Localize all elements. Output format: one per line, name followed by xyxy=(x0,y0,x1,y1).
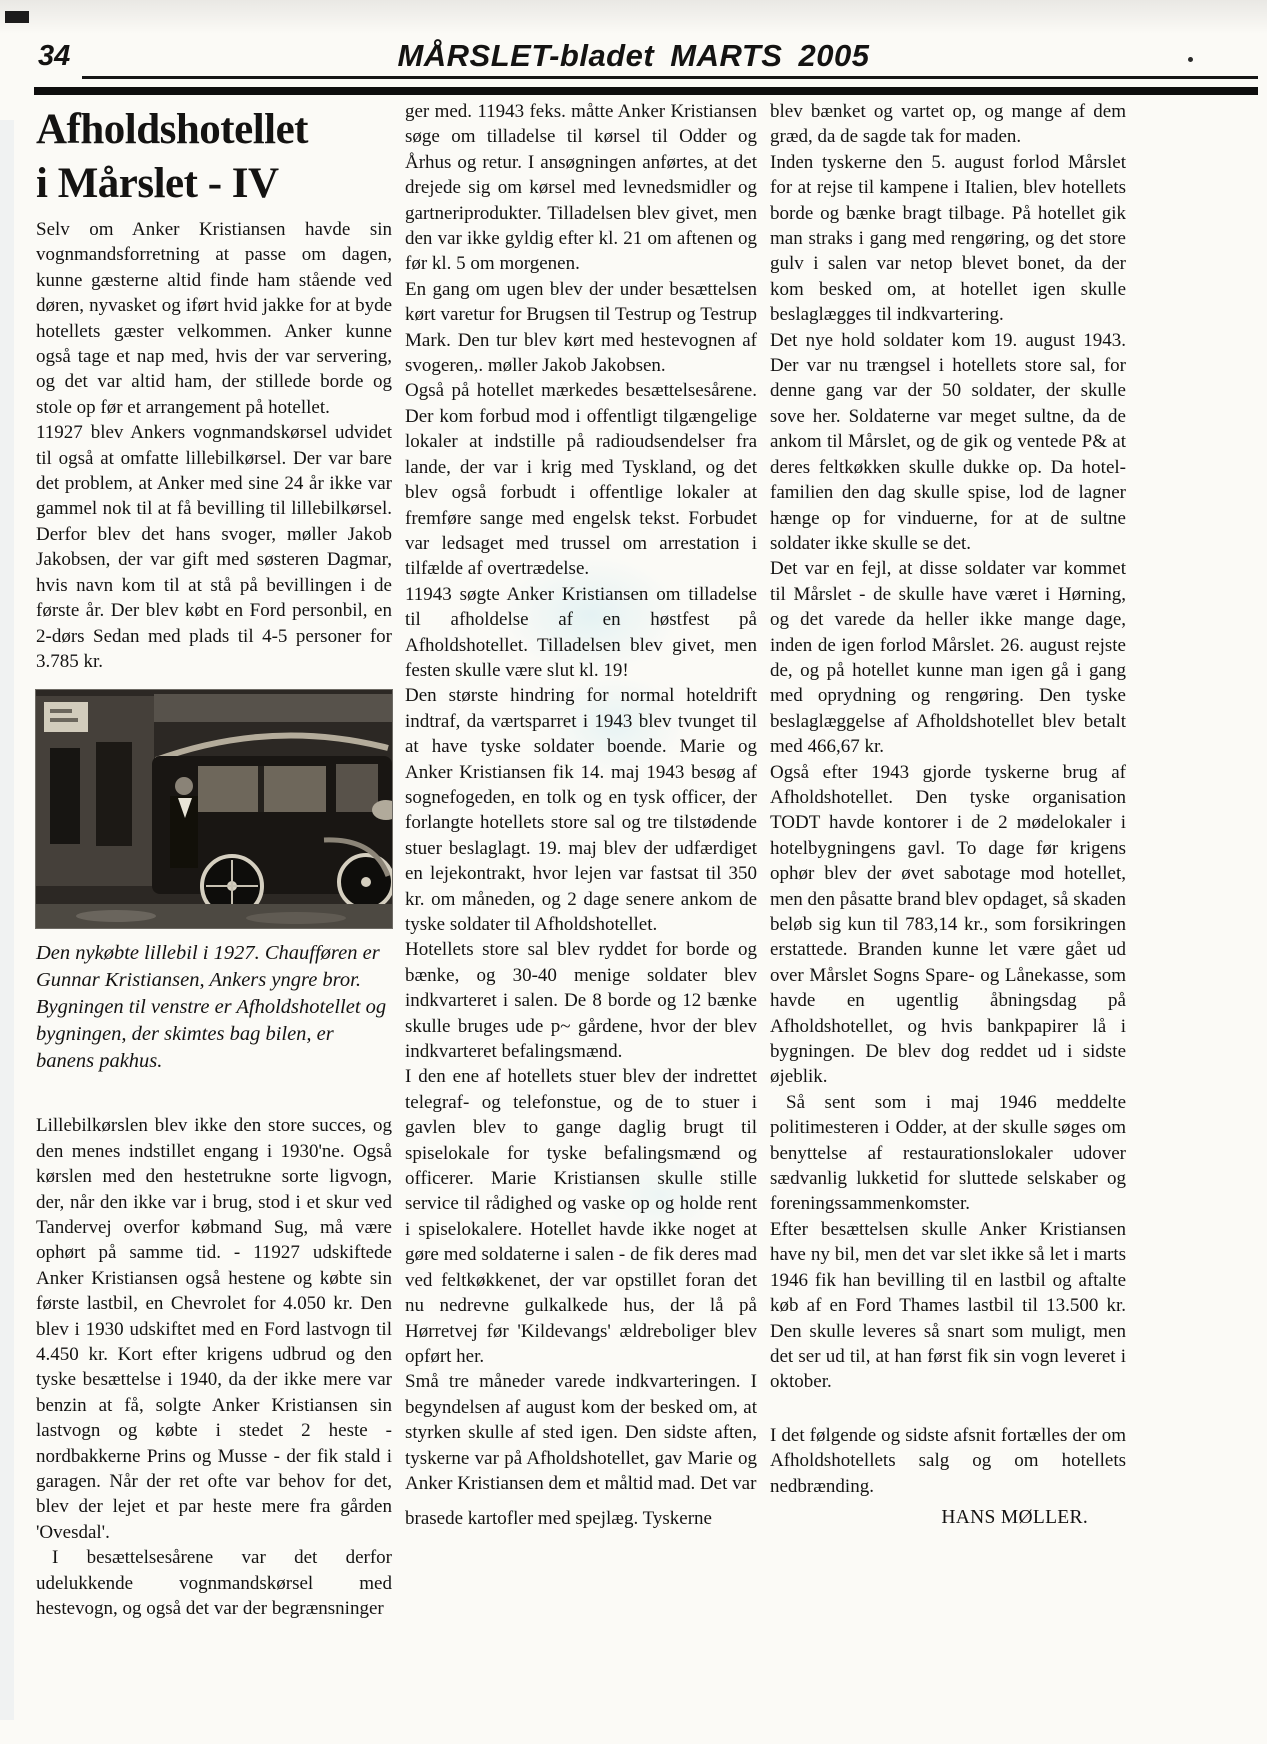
article-paragraph: Inden tyskerne den 5. august forlod Mårs… xyxy=(770,150,1126,328)
scan-artifact-top-band xyxy=(0,0,1267,34)
article-paragraph: blev bænket og vartet op, og mange af de… xyxy=(770,99,1126,150)
photo-wheel-hub xyxy=(361,877,371,887)
scanned-newsletter-page: 34 MÅRSLET-bladet MARTS 2005 Afholdshote… xyxy=(0,0,1267,1744)
column-1: Afholdshotellet i Mårslet - IV Selv om A… xyxy=(36,99,392,1621)
column-3: blev bænket og vartet op, og mange af de… xyxy=(770,99,1126,1530)
scan-artifact-left-strip xyxy=(0,120,14,1720)
article-paragraph: Hotellets store sal blev ryddet for bord… xyxy=(405,937,757,1064)
article-title-line2: i Mårslet - IV xyxy=(36,157,392,211)
newsletter-masthead: MÅRSLET-bladet MARTS 2005 xyxy=(0,38,1267,74)
column3-paragraphs: blev bænket og vartet op, og mange af de… xyxy=(770,99,1126,1499)
photo-sign-text-mark xyxy=(50,709,72,713)
article-paragraph: Den største hindring for normal hoteldri… xyxy=(405,683,757,937)
photo-driver-head xyxy=(175,777,193,795)
scan-artifact-corner-mark xyxy=(5,11,29,23)
photo-building-door xyxy=(96,742,132,846)
header-rule-thick xyxy=(34,87,1258,95)
article-paragraph: I den ene af hotellets stuer blev der in… xyxy=(405,1064,757,1369)
photo-caption: Den nykøbte lillebil i 1927. Chaufføren … xyxy=(36,940,392,1075)
article-paragraph: 11943 søgte Anker Kristiansen om tillade… xyxy=(405,582,757,684)
article-paragraph: Også efter 1943 gjorde tyskerne brug af … xyxy=(770,760,1126,1090)
article-paragraph: I besættelsesårene var det derfor udeluk… xyxy=(36,1545,392,1621)
column-2: ger med. 11943 feks. måtte Anker Kristia… xyxy=(405,99,757,1532)
photo-sky-band xyxy=(154,694,392,722)
article-paragraph: En gang om ugen blev der under besættels… xyxy=(405,277,757,379)
header-rule-thin xyxy=(82,76,1258,79)
photo-sign-shape xyxy=(44,702,88,732)
photo-lillebil-1927 xyxy=(36,690,392,928)
column1-bottom-paragraphs: Lillebilkørslen blev ikke den store succ… xyxy=(36,1113,392,1621)
article-paragraph: Også på hotellet mærkedes besættelsesåre… xyxy=(405,378,757,581)
article-paragraph: Så sent som i maj 1946 meddelte politime… xyxy=(770,1090,1126,1217)
photo-sign-text-mark xyxy=(50,718,78,722)
article-title-line1: Afholdshotellet xyxy=(36,103,392,157)
article-paragraph: I det følgende og sidste afsnit fortælle… xyxy=(770,1423,1126,1499)
article-title: Afholdshotellet i Mårslet - IV xyxy=(36,103,392,211)
article-paragraph: Selv om Anker Kristiansen havde sin vogn… xyxy=(36,217,392,420)
article-paragraph: Efter besættelsen skulle Anker Kristians… xyxy=(770,1217,1126,1395)
article-paragraph: Det var en fejl, at disse soldater var k… xyxy=(770,556,1126,759)
photo-windshield xyxy=(336,764,378,812)
photo-window-mullion xyxy=(258,766,264,812)
article-paragraph: ger med. 11943 feks. måtte Anker Kristia… xyxy=(405,99,757,277)
article-paragraph: 11927 blev Ankers vognmandskørsel udvide… xyxy=(36,420,392,674)
photo-ground-mottle xyxy=(246,912,346,924)
article-paragraph: brasede kartofler med spejlæg. Tyskerne xyxy=(405,1506,757,1531)
photo-building-door xyxy=(50,748,80,844)
column2-paragraphs: ger med. 11943 feks. måtte Anker Kristia… xyxy=(405,99,757,1532)
article-paragraph: Lillebilkørslen blev ikke den store succ… xyxy=(36,1113,392,1545)
article-paragraph: Det nye hold soldater kom 19. august 194… xyxy=(770,328,1126,557)
article-paragraph: Små tre måneder varede indkvarteringen. … xyxy=(405,1369,757,1496)
column1-top-paragraphs: Selv om Anker Kristiansen havde sin vogn… xyxy=(36,217,392,674)
author-signature: HANS MØLLER. xyxy=(770,1505,1126,1530)
photo-illustration xyxy=(36,690,392,928)
article-columns: Afholdshotellet i Mårslet - IV Selv om A… xyxy=(36,99,1126,1621)
photo-ground-mottle xyxy=(76,910,156,922)
